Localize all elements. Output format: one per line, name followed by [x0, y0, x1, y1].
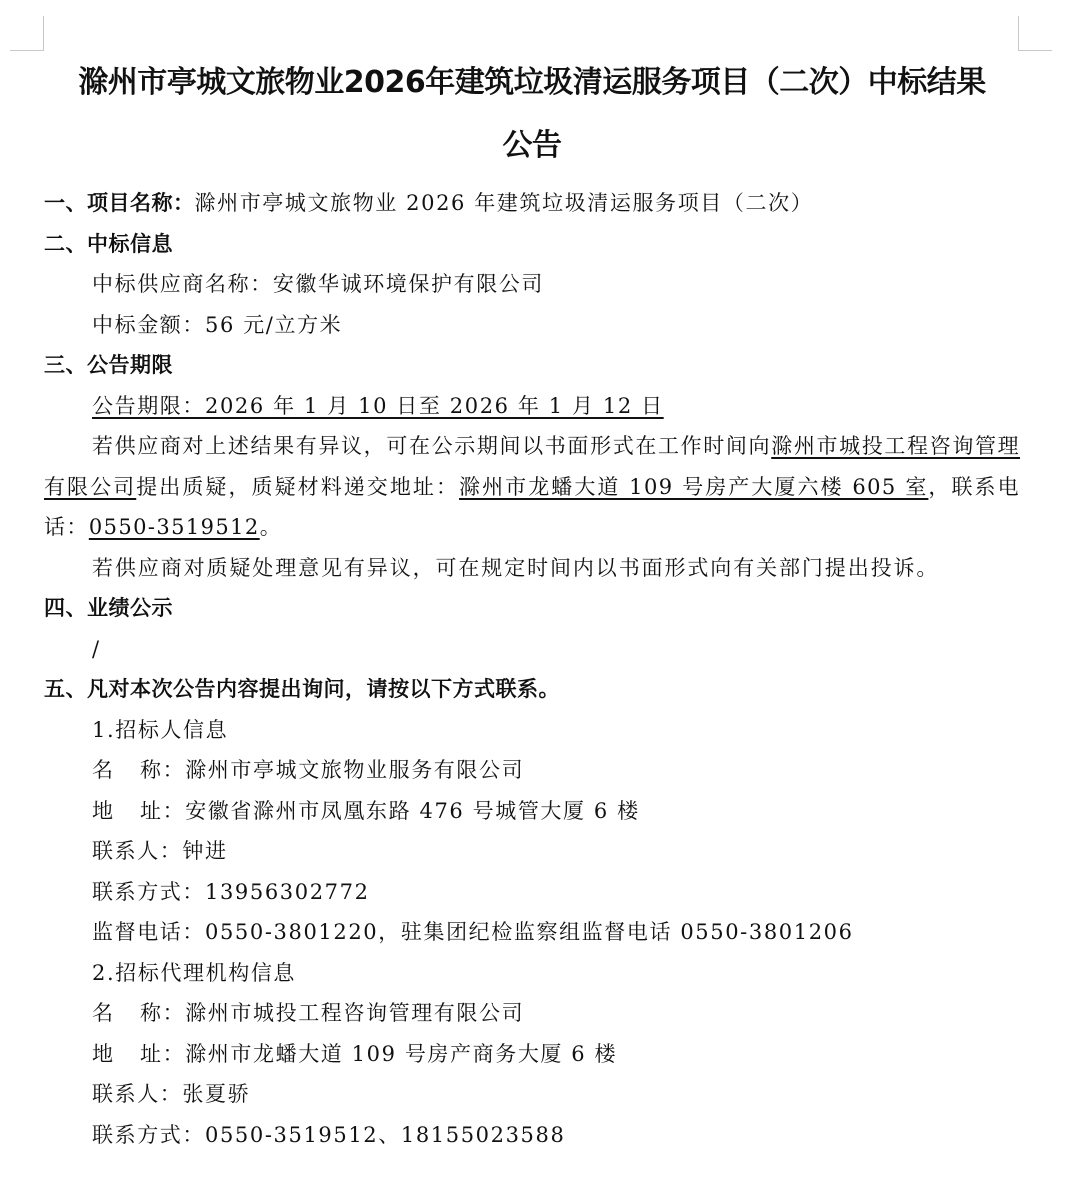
notice-period-text: 公告期限：2026 年 1 月 10 日至 2026 年 1 月 12 日 — [92, 394, 664, 418]
purchaser-phone-value: 13956302772 — [205, 880, 370, 904]
objection-text-end: 。 — [260, 515, 282, 539]
title-line-1: 滁州市亭城文旅物业2026年建筑垃圾清运服务项目（二次）中标结果 — [44, 55, 1020, 110]
award-amount-label: 中标金额： — [92, 313, 205, 337]
supervision-phone-value: 0550-3801220，驻集团纪检监察组监督电话 0550-3801206 — [205, 920, 854, 944]
agency-name-row: 名称：滁州市城投工程咨询管理有限公司 — [44, 993, 1020, 1034]
section-heading: 一、项目名称： — [44, 191, 195, 215]
complaint-paragraph: 若供应商对质疑处理意见有异议，可在规定时间内以书面形式向有关部门提出投诉。 — [44, 548, 1020, 589]
purchaser-contact-value: 钟进 — [182, 839, 227, 863]
purchaser-address-row: 地址：安徽省滁州市凤凰东路 476 号城管大厦 6 楼 — [44, 791, 1020, 832]
notice-period-row: 公告期限：2026 年 1 月 10 日至 2026 年 1 月 12 日 — [44, 386, 1020, 427]
document-title: 滁州市亭城文旅物业2026年建筑垃圾清运服务项目（二次）中标结果 公告 — [44, 55, 1020, 173]
performance-value: / — [44, 629, 1020, 670]
project-name-value: 滁州市亭城文旅物业 2026 年建筑垃圾清运服务项目（二次） — [195, 191, 814, 215]
objection-text-1: 若供应商对上述结果有异议，可在公示期间以书面形式在工作时间向 — [92, 434, 771, 458]
agency-phone-row: 联系方式：0550-3519512、18155023588 — [44, 1115, 1020, 1156]
section-heading-contact: 五、凡对本次公告内容提出询问，请按以下方式联系。 — [44, 669, 1020, 710]
purchaser-name-value: 滁州市亭城文旅物业服务有限公司 — [185, 758, 524, 782]
section-project-name: 一、项目名称：滁州市亭城文旅物业 2026 年建筑垃圾清运服务项目（二次） — [44, 183, 1020, 224]
purchaser-info-title: 1.招标人信息 — [44, 710, 1020, 751]
phone-label: 联系方式： — [92, 880, 205, 904]
winning-supplier-row: 中标供应商名称：安徽华诚环境保护有限公司 — [44, 264, 1020, 305]
address-label-char1: 地 — [92, 791, 140, 832]
page-corner-mark-top-right — [1018, 16, 1052, 51]
address-label-char1: 地 — [92, 1034, 140, 1075]
purchaser-contact-row: 联系人：钟进 — [44, 831, 1020, 872]
agency-phone-value: 0550-3519512、18155023588 — [205, 1123, 565, 1147]
objection-paragraph: 若供应商对上述结果有异议，可在公示期间以书面形式在工作时间向滁州市城投工程咨询管… — [44, 426, 1020, 548]
section-heading-award-info: 二、中标信息 — [44, 224, 1020, 265]
purchaser-name-row: 名称：滁州市亭城文旅物业服务有限公司 — [44, 750, 1020, 791]
contact-label: 联系人： — [92, 1082, 182, 1106]
winning-supplier-label: 中标供应商名称： — [92, 272, 273, 296]
agency-contact-row: 联系人：张夏骄 — [44, 1074, 1020, 1115]
contact-label: 联系人： — [92, 839, 182, 863]
objection-address: 滁州市龙蟠大道 109 号房产大厦六楼 605 室 — [459, 475, 928, 499]
award-amount-row: 中标金额：56 元/立方米 — [44, 305, 1020, 346]
name-label-char2: 称： — [140, 1001, 185, 1025]
title-line-2: 公告 — [44, 118, 1020, 173]
purchaser-address-value: 安徽省滁州市凤凰东路 476 号城管大厦 6 楼 — [185, 799, 640, 823]
supervision-phone-row: 监督电话：0550-3801220，驻集团纪检监察组监督电话 0550-3801… — [44, 912, 1020, 953]
award-amount-value: 56 元/立方米 — [205, 313, 342, 337]
address-label-char2: 址： — [140, 799, 185, 823]
address-label-char2: 址： — [140, 1042, 185, 1066]
agency-contact-value: 张夏骄 — [182, 1082, 250, 1106]
name-label-char1: 名 — [92, 750, 140, 791]
name-label-char2: 称： — [140, 758, 185, 782]
page-corner-mark-top-left — [10, 16, 44, 51]
objection-text-2: 提出质疑，质疑材料递交地址： — [136, 475, 459, 499]
section-heading-notice-period: 三、公告期限 — [44, 345, 1020, 386]
purchaser-phone-row: 联系方式：13956302772 — [44, 872, 1020, 913]
objection-phone: 0550-3519512 — [89, 515, 260, 539]
agency-info-title: 2.招标代理机构信息 — [44, 953, 1020, 994]
supervision-label: 监督电话： — [92, 920, 205, 944]
name-label-char1: 名 — [92, 993, 140, 1034]
agency-name-value: 滁州市城投工程咨询管理有限公司 — [185, 1001, 524, 1025]
agency-address-value: 滁州市龙蟠大道 109 号房产商务大厦 6 楼 — [185, 1042, 617, 1066]
phone-label: 联系方式： — [92, 1123, 205, 1147]
section-heading-performance: 四、业绩公示 — [44, 588, 1020, 629]
document-page: 滁州市亭城文旅物业2026年建筑垃圾清运服务项目（二次）中标结果 公告 一、项目… — [44, 55, 1020, 1155]
agency-address-row: 地址：滁州市龙蟠大道 109 号房产商务大厦 6 楼 — [44, 1034, 1020, 1075]
winning-supplier-value: 安徽华诚环境保护有限公司 — [273, 272, 544, 296]
